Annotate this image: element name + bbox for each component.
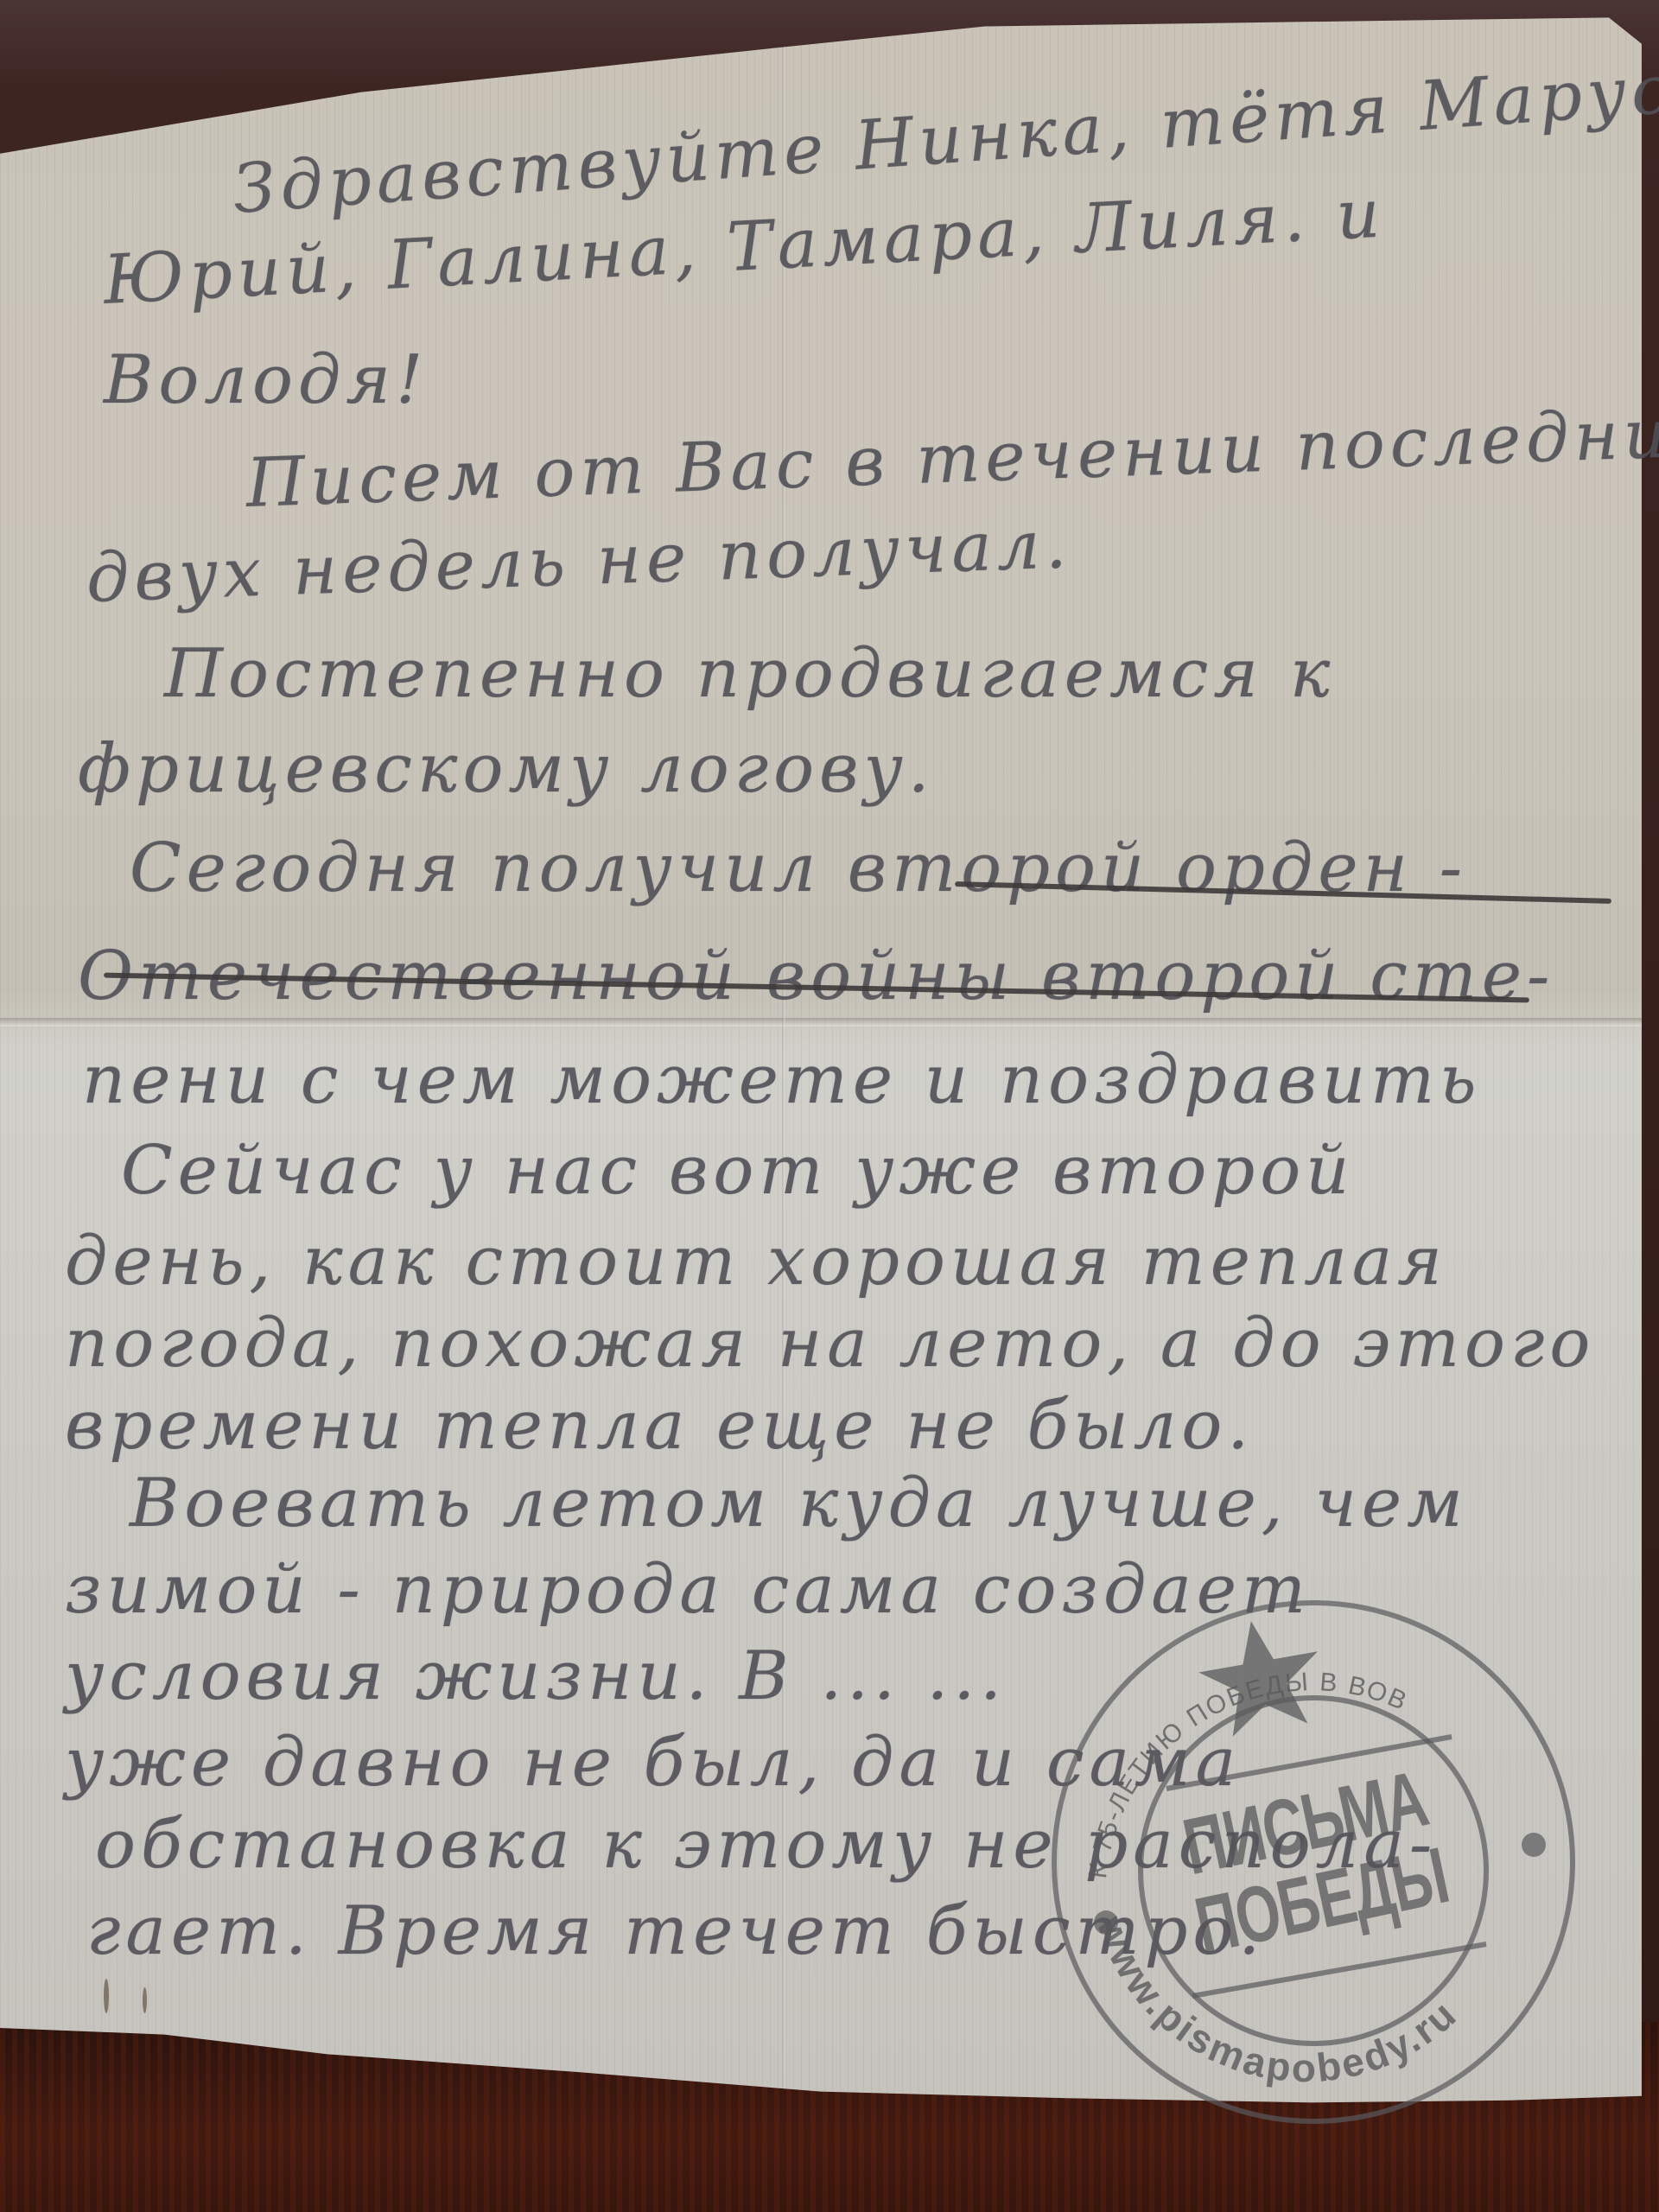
letter-line: фрицевскому логову. [78, 730, 935, 808]
letter-line: уже давно не был, да и сама [65, 1724, 1241, 1802]
letter-line: обстановка к этому не распола- [95, 1806, 1437, 1884]
letter-line: времени тепла еще не было. [65, 1387, 1254, 1465]
letter-line: пени с чем можете и поздравить [82, 1041, 1482, 1119]
letter-text: Здравствуйте Нинка, тётя Маруся, Юрий, Г… [0, 0, 1659, 2074]
letter-line: погода, похожая на лето, а до этого [65, 1305, 1595, 1382]
letter-line: двух недель не получал. [85, 505, 1072, 618]
letter-line: зимой - природа сама создает [65, 1551, 1311, 1629]
letter-line: день, как стоит хорошая теплая [65, 1223, 1447, 1300]
letter-line: Сегодня получил второй орден - [130, 829, 1467, 907]
letter-line: гает. Время течет быстро. [86, 1892, 1265, 1970]
letter-line: Воевать летом куда лучше, чем [130, 1465, 1468, 1542]
letter-line: условия жизни. В ... ... [65, 1637, 1007, 1715]
letter-line: Постепенно продвигаемся к [164, 635, 1335, 713]
letter-line: Сейчас у нас вот уже второй [121, 1132, 1354, 1210]
letter-line: Писем от Вас в течении последних [245, 394, 1659, 523]
letter-line: Володя! [104, 341, 428, 419]
